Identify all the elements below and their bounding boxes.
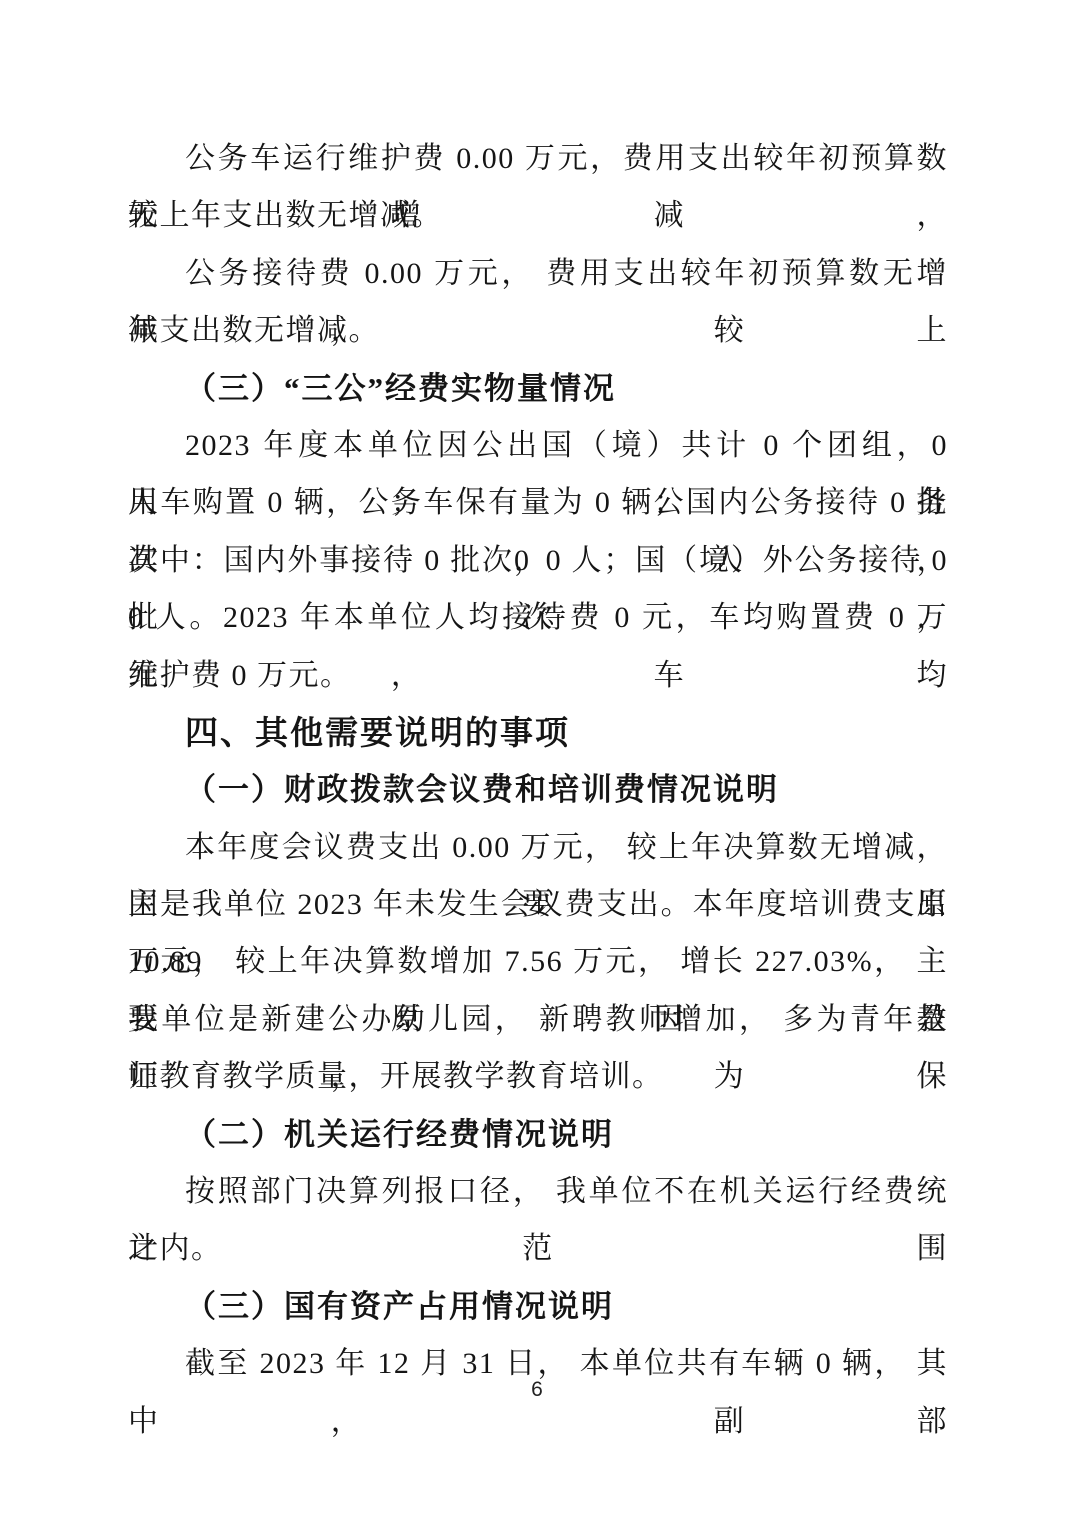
text-line: 其中：国内外事接待 0 批次，0 人；国（境）外公务接待 0 批次， bbox=[128, 532, 948, 589]
text-line: 0 人。2023 年本单位人均接待费 0 元，车均购置费 0 万元，车均 bbox=[128, 589, 948, 646]
document-page: 公务车运行维护费 0.00 万元，费用支出较年初预算数无增减，较上年支出数无增减… bbox=[0, 0, 1074, 1520]
text-line: 公务接待费 0.00 万元， 费用支出较年初预算数无增减， 较上 bbox=[128, 245, 948, 302]
text-line: 本年度会议费支出 0.00 万元， 较上年决算数无增减， 主要原 bbox=[128, 819, 948, 876]
page-number: 6 bbox=[0, 1378, 1074, 1402]
text-line: 用车购置 0 辆，公务车保有量为 0 辆；国内公务接待 0 批次 0 人， bbox=[128, 474, 948, 531]
text-line: 因是我单位 2023 年未发生会议费支出。本年度培训费支出 10.89 bbox=[128, 876, 948, 933]
text-line: 万元， 较上年决算数增加 7.56 万元， 增长 227.03%， 主要原因是 bbox=[128, 933, 948, 990]
heading-line: （二）机关运行经费情况说明 bbox=[128, 1106, 948, 1163]
text-line: 公务车运行维护费 0.00 万元，费用支出较年初预算数无增减， bbox=[128, 130, 948, 187]
heading-line: 四、其他需要说明的事项 bbox=[128, 704, 948, 761]
heading-line: （三）“三公”经费实物量情况 bbox=[128, 360, 948, 417]
text-line: 2023 年度本单位因公出国（境）共计 0 个团组，0 人；公务 bbox=[128, 417, 948, 474]
document-body: 公务车运行维护费 0.00 万元，费用支出较年初预算数无增减，较上年支出数无增减… bbox=[128, 130, 948, 1393]
heading-line: （一）财政拨款会议费和培训费情况说明 bbox=[128, 761, 948, 818]
heading-line: （三）国有资产占用情况说明 bbox=[128, 1278, 948, 1335]
text-line: 我单位是新建公办幼儿园， 新聘教师增加， 多为青年教师， 为保 bbox=[128, 991, 948, 1048]
text-line: 按照部门决算列报口径， 我单位不在机关运行经费统计范围 bbox=[128, 1163, 948, 1220]
